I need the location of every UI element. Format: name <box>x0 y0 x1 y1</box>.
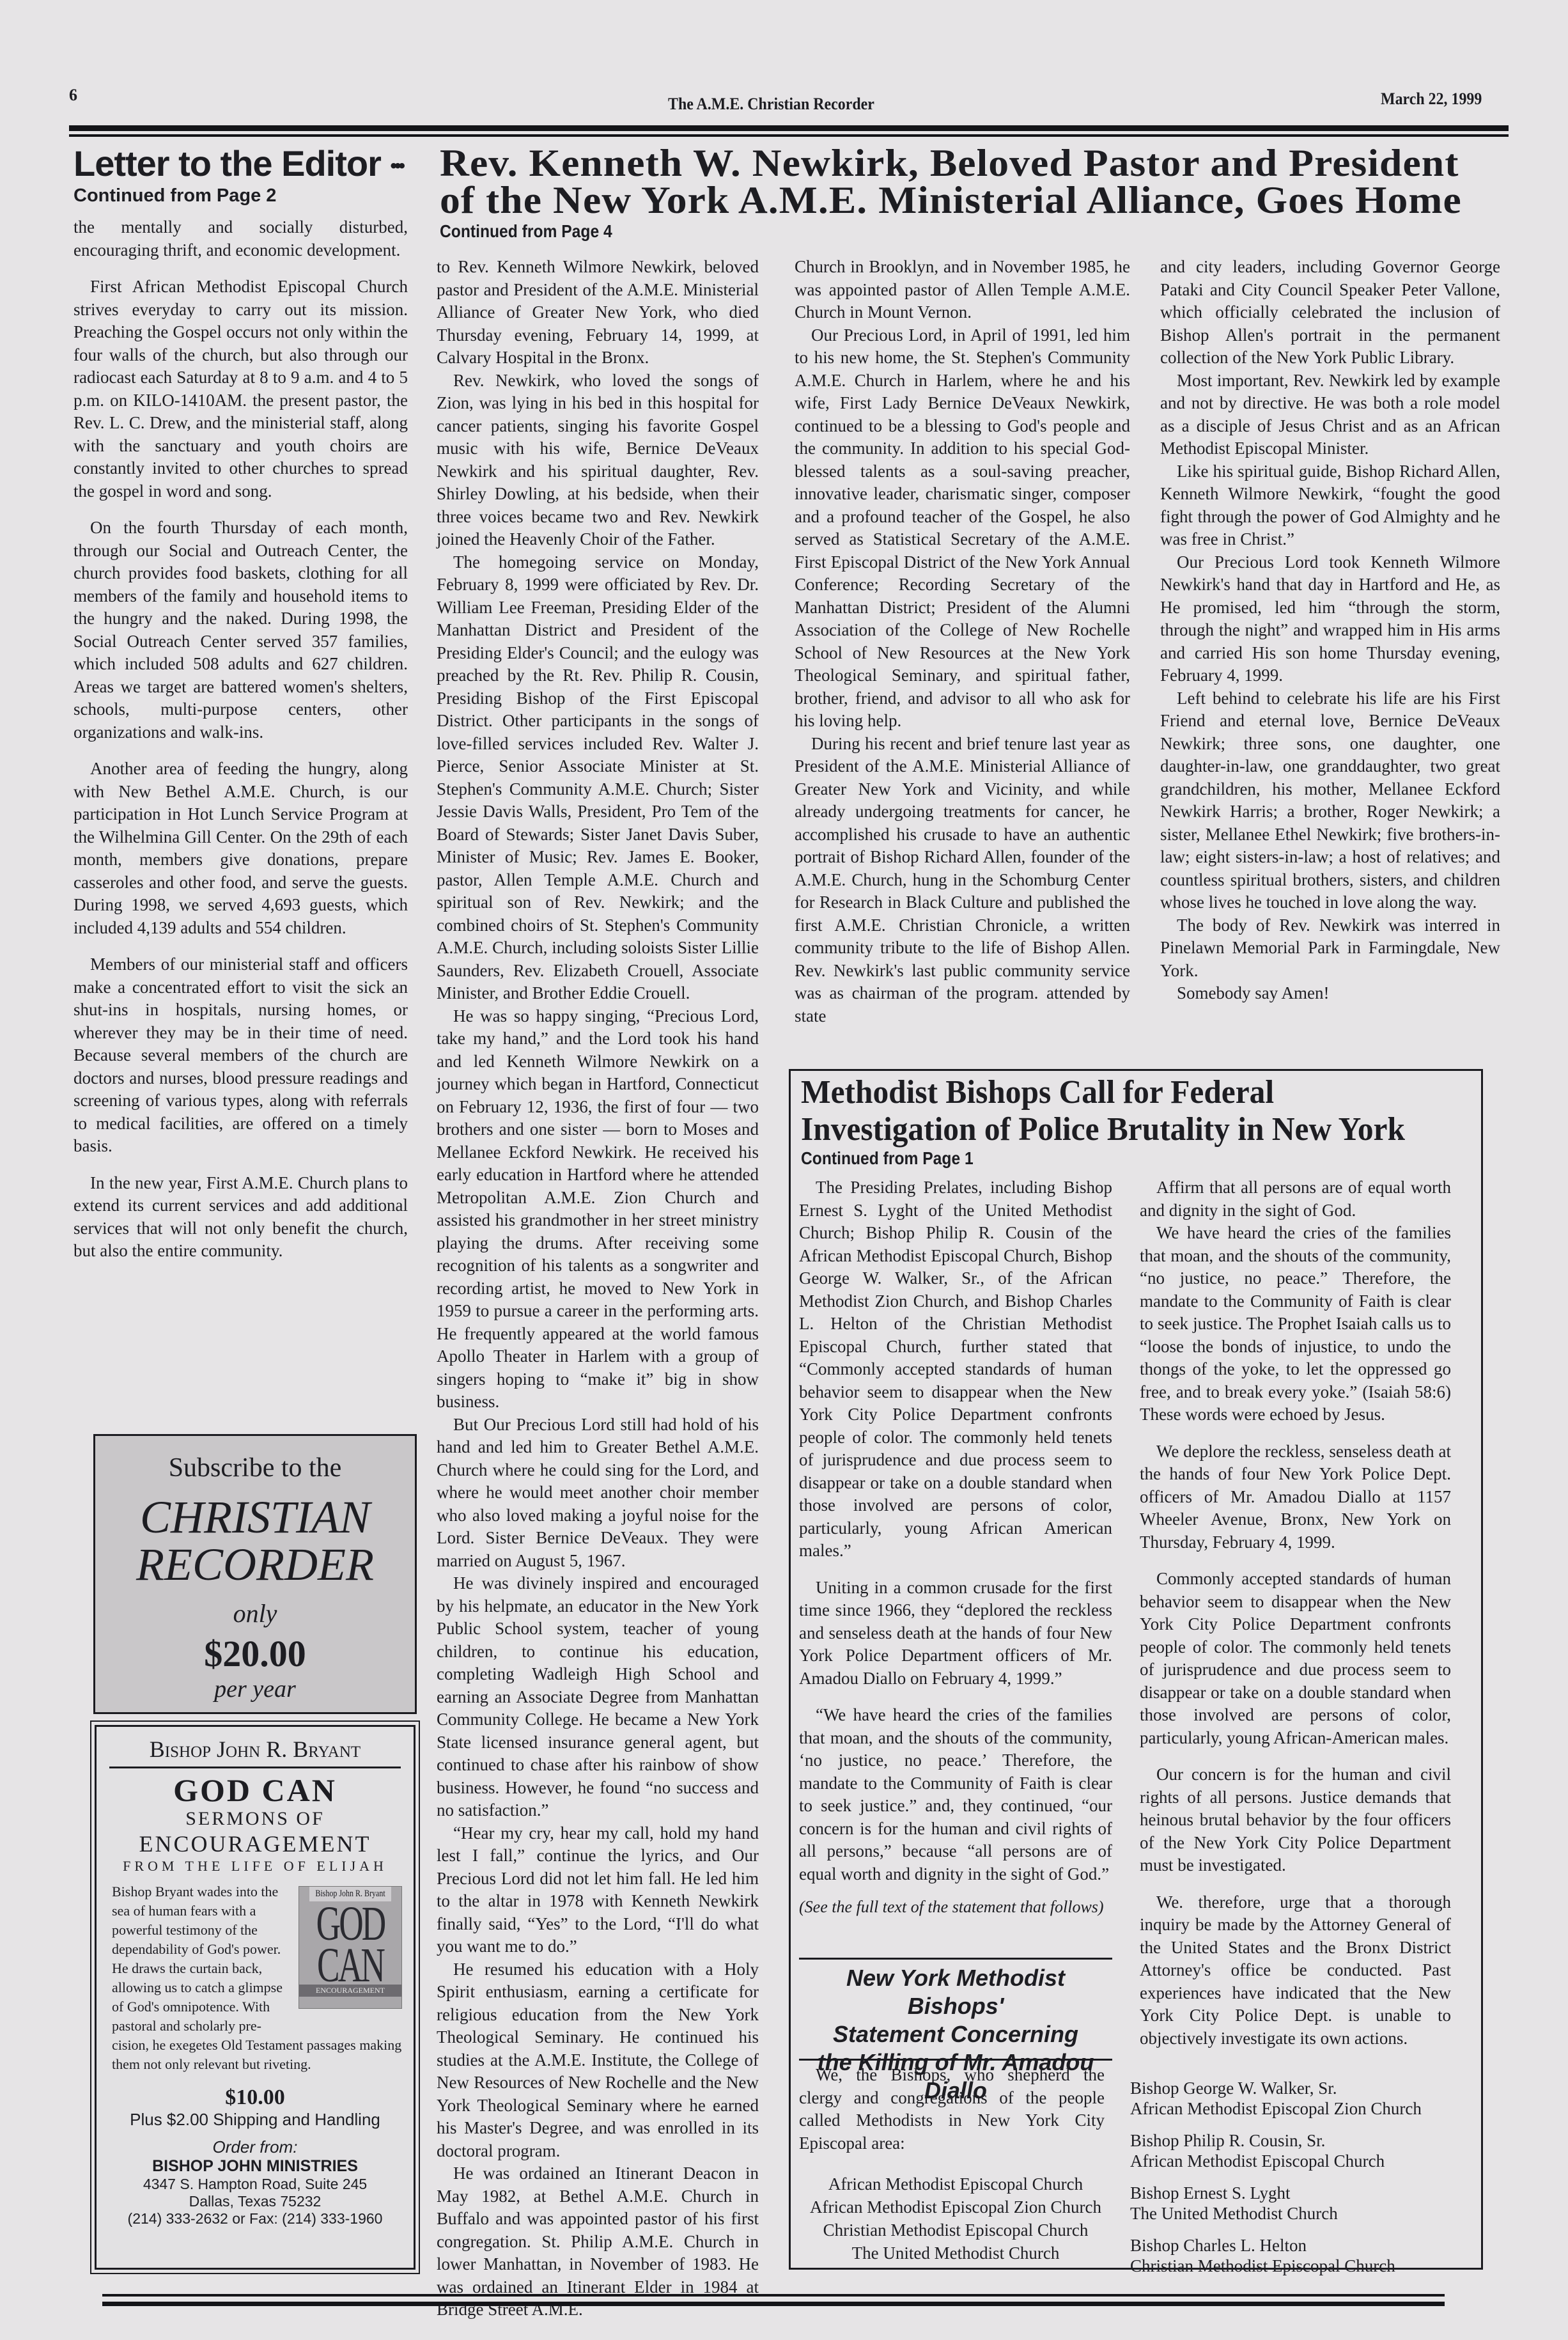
church-list-item: Christian Methodist Episcopal Church <box>799 2219 1112 2242</box>
newkirk-paragraph: and city leaders, including Governor Geo… <box>1160 256 1500 370</box>
newkirk-paragraph: Church in Brooklyn, and in November 1985… <box>795 256 1130 324</box>
newkirk-paragraph: Our Precious Lord, in April of 1991, led… <box>795 324 1130 733</box>
signatory-church: African Methodist Episcopal Church <box>1130 2151 1450 2171</box>
signatory: Bishop Philip R. Cousin, Sr. African Met… <box>1130 2130 1450 2171</box>
letter-header: Letter to the Editor ••• Continued from … <box>74 144 419 207</box>
book-cover-image: Bishop John R. Bryant GOD CAN ENCOURAGEM… <box>299 1886 402 2009</box>
book-divider <box>109 1767 401 1768</box>
footer-rule-thin <box>102 2294 1445 2297</box>
signatory-church: African Methodist Episcopal Zion Church <box>1130 2098 1450 2119</box>
subscribe-line1: Subscribe to the <box>95 1453 415 1483</box>
newkirk-col-2: Church in Brooklyn, and in November 1985… <box>795 256 1130 1027</box>
issue-date: March 22, 1999 <box>1381 90 1482 109</box>
newkirk-col-1: to Rev. Kenneth Wilmore Newkirk, beloved… <box>437 256 759 2321</box>
letter-paragraph: Another area of feeding the hungry, alon… <box>74 758 408 939</box>
bishops-paragraph: Uniting in a common crusade for the firs… <box>799 1577 1112 1690</box>
newkirk-paragraph: Rev. Newkirk, who loved the songs of Zio… <box>437 370 759 551</box>
newkirk-paragraph: The homegoing service on Monday, Februar… <box>437 551 759 1005</box>
newkirk-col-3: and city leaders, including Governor Geo… <box>1160 256 1500 1005</box>
ornament-dots-icon: ••• <box>390 155 403 176</box>
bishops-continued: Continued from Page 1 <box>801 1148 1392 1169</box>
signatory: Bishop Charles L. Helton Christian Metho… <box>1130 2235 1450 2276</box>
newkirk-paragraph: Our Precious Lord took Kenneth Wilmore N… <box>1160 551 1500 687</box>
signatory-name: Bishop Philip R. Cousin, Sr. <box>1130 2130 1450 2151</box>
bishops-header: Methodist Bishops Call for Federal Inves… <box>801 1074 1472 1169</box>
statement-rule-top <box>799 1958 1112 1960</box>
newkirk-paragraph: Left behind to celebrate his life are hi… <box>1160 687 1500 914</box>
subscribe-per-year: per year <box>95 1675 415 1703</box>
signatory-name: Bishop Ernest S. Lyght <box>1130 2183 1450 2203</box>
letter-continued: Continued from Page 2 <box>74 185 419 207</box>
bishops-paragraph: The Presiding Prelates, including Bishop… <box>799 1176 1112 1563</box>
church-list-item: The United Methodist Church <box>799 2242 1112 2265</box>
newkirk-paragraph: Most important, Rev. Newkirk led by exam… <box>1160 370 1500 460</box>
bishops-paragraph: Our concern is for the human and civil r… <box>1140 1763 1451 1877</box>
bishops-paragraph: We. therefore, urge that a thorough inqu… <box>1140 1891 1451 2050</box>
masthead-rule-thick <box>69 125 1509 131</box>
newkirk-title-line2: of the New York A.M.E. Ministerial Allia… <box>440 182 1565 219</box>
statement-rule-bottom <box>799 2059 1112 2061</box>
newkirk-paragraph: He was divinely inspired and encouraged … <box>437 1572 759 1822</box>
letter-paragraph: Members of our ministerial staff and off… <box>74 953 408 1158</box>
book-address-2: Dallas, Texas 75232 <box>97 2193 414 2210</box>
book-cover-can: CAN <box>314 1946 386 1985</box>
bishops-paragraph: “We have heard the cries of the families… <box>799 1704 1112 1885</box>
subscribe-christian: CHRISTIAN <box>95 1494 415 1541</box>
signatory-church: The United Methodist Church <box>1130 2203 1450 2224</box>
letter-paragraph: In the new year, First A.M.E. Church pla… <box>74 1172 408 1263</box>
newkirk-header: Rev. Kenneth W. Newkirk, Beloved Pastor … <box>440 144 1501 242</box>
book-subtitle-2: ENCOURAGEMENT <box>97 1830 414 1858</box>
book-shipping: Plus $2.00 Shipping and Handling <box>97 2110 414 2130</box>
page-number: 6 <box>69 86 77 105</box>
signatories: Bishop George W. Walker, Sr. African Met… <box>1130 2078 1450 2276</box>
book-price: $10.00 <box>97 2086 414 2110</box>
book-subtitle-1: SERMONS OF <box>97 1808 414 1830</box>
newkirk-title-line1: Rev. Kenneth W. Newkirk, Beloved Pastor … <box>440 144 1565 182</box>
book-ad[interactable]: Bishop John R. Bryant GOD CAN SERMONS OF… <box>95 1725 415 2270</box>
book-title: GOD CAN <box>97 1772 414 1808</box>
letter-body: the mentally and socially disturbed, enc… <box>74 216 408 1263</box>
newkirk-paragraph: “Hear my cry, hear my call, hold my hand… <box>437 1822 759 1958</box>
statement-intro: We, the Bishops, who shepherd the clergy… <box>799 2064 1105 2155</box>
book-org: BISHOP JOHN MINISTRIES <box>97 2157 414 2176</box>
masthead-rule-thin <box>69 134 1509 137</box>
book-description-cont: cision, he exegetes Old Testament passag… <box>112 2036 402 2074</box>
see-full-text-note: (See the full text of the statement that… <box>799 1896 1112 1919</box>
book-phone: (214) 333-2632 or Fax: (214) 333-1960 <box>97 2210 414 2227</box>
newkirk-paragraph: Somebody say Amen! <box>1160 982 1500 1005</box>
newkirk-paragraph: The body of Rev. Newkirk was interred in… <box>1160 914 1500 983</box>
subscribe-only: only <box>95 1598 415 1628</box>
bishops-paragraph: We deplore the reckless, senseless death… <box>1140 1440 1451 1554</box>
bishops-col-1: The Presiding Prelates, including Bishop… <box>799 1176 1112 1919</box>
newkirk-paragraph: But Our Precious Lord still had hold of … <box>437 1414 759 1573</box>
footer-rule-thick <box>102 2302 1445 2306</box>
bishops-paragraph: Commonly accepted standards of human beh… <box>1140 1568 1451 1749</box>
subscribe-recorder: RECORDER <box>95 1541 415 1588</box>
letter-title: Letter to the Editor ••• <box>74 144 419 185</box>
publication-name: The A.M.E. Christian Recorder <box>668 95 874 114</box>
book-author: Bishop John R. Bryant <box>97 1736 414 1763</box>
book-address-1: 4347 S. Hampton Road, Suite 245 <box>97 2176 414 2193</box>
book-order-from: Order from: <box>97 2137 414 2157</box>
letter-paragraph: the mentally and socially disturbed, enc… <box>74 216 408 261</box>
newkirk-continued: Continued from Page 4 <box>440 221 1374 242</box>
letter-paragraph: First African Methodist Episcopal Church… <box>74 276 408 503</box>
signatory: Bishop George W. Walker, Sr. African Met… <box>1130 2078 1450 2119</box>
signatory-name: Bishop George W. Walker, Sr. <box>1130 2078 1450 2098</box>
subscribe-price: $20.00 <box>95 1632 415 1675</box>
signatory: Bishop Ernest S. Lyght The United Method… <box>1130 2183 1450 2224</box>
subscribe-ad[interactable]: Subscribe to the CHRISTIAN RECORDER only… <box>93 1434 417 1714</box>
church-list-item: African Methodist Episcopal Zion Church <box>799 2196 1112 2219</box>
bishops-col-2: Affirm that all persons are of equal wor… <box>1140 1176 1451 2050</box>
newkirk-paragraph: He was ordained an Itinerant Deacon in M… <box>437 2162 759 2321</box>
newkirk-paragraph: to Rev. Kenneth Wilmore Newkirk, beloved… <box>437 256 759 370</box>
newkirk-paragraph: Like his spiritual guide, Bishop Richard… <box>1160 460 1500 551</box>
book-subtitle-3: FROM THE LIFE OF ELIJAH <box>97 1858 414 1875</box>
bishops-title-line1: Methodist Bishops Call for Federal <box>801 1074 1439 1111</box>
bishops-paragraph: Affirm that all persons are of equal wor… <box>1140 1176 1451 1222</box>
newkirk-paragraph: He resumed his education with a Holy Spi… <box>437 1958 759 2163</box>
statement-churches: African Methodist Episcopal Church Afric… <box>799 2172 1112 2265</box>
letter-paragraph: On the fourth Thursday of each month, th… <box>74 517 408 744</box>
signatory-name: Bishop Charles L. Helton <box>1130 2235 1450 2256</box>
bishops-paragraph: We have heard the cries of the families … <box>1140 1222 1451 1426</box>
newkirk-paragraph: He was so happy singing, “Precious Lord,… <box>437 1005 759 1414</box>
newkirk-paragraph: During his recent and brief tenure last … <box>795 733 1130 1028</box>
bishops-title-line2: Investigation of Police Brutality in New… <box>801 1111 1439 1148</box>
church-list-item: African Methodist Episcopal Church <box>799 2172 1112 2196</box>
book-description: Bishop Bryant wades into the sea of huma… <box>112 1882 294 2036</box>
signatory-church: Christian Methodist Episcopal Church <box>1130 2256 1450 2276</box>
